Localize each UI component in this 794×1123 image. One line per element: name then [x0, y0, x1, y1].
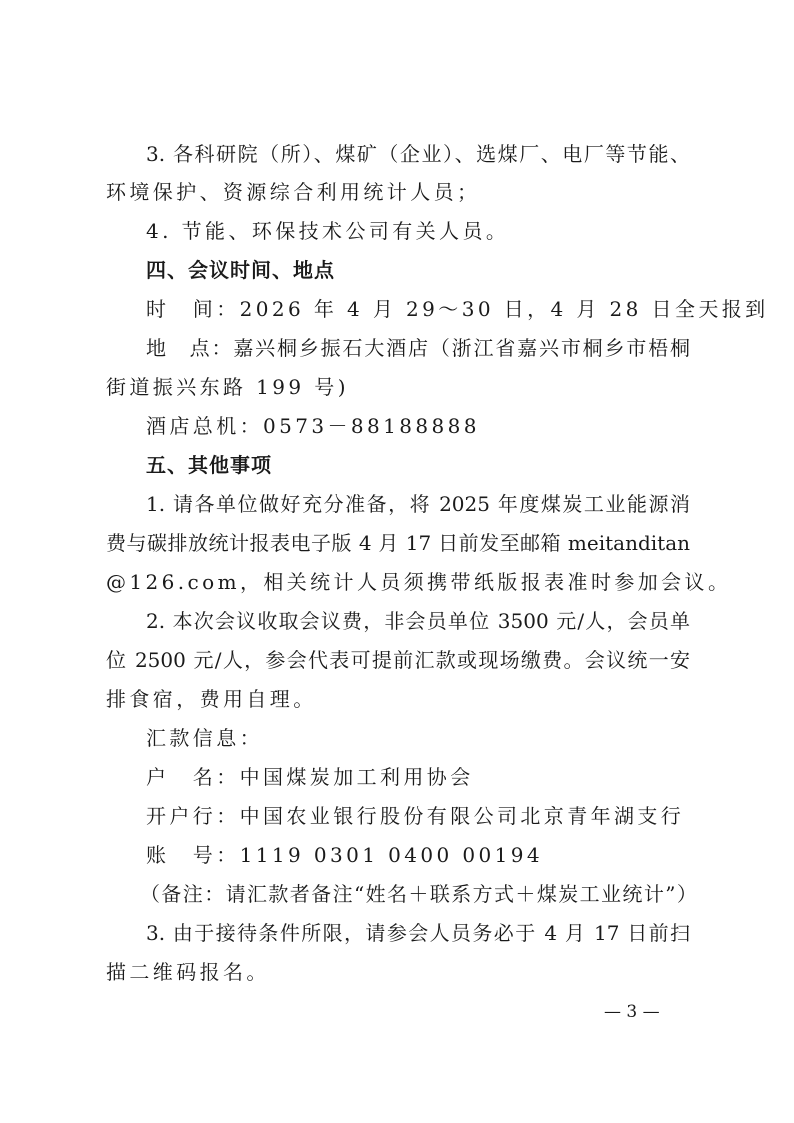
other-item-2-line-2: 位 2500 元/人，参会代表可提前汇款或现场缴费。会议统一安: [106, 645, 690, 675]
other-item-2-line-3: 排食宿，费用自理。: [106, 684, 690, 714]
item-4-line: 4. 节能、环保技术公司有关人员。: [146, 216, 690, 246]
page-number: — 3 —: [604, 1000, 660, 1024]
meeting-location-line-2: 街道振兴东路 199 号): [106, 372, 690, 402]
other-item-3-line-2: 描二维码报名。: [106, 957, 690, 987]
other-item-1-line-1: 1. 请各单位做好充分准备，将 2025 年度煤炭工业能源消: [146, 489, 690, 519]
item-3-line-1: 3. 各科研院（所）、煤矿（企业）、选煤厂、电厂等节能、: [146, 139, 690, 169]
section-heading-time-location: 四、会议时间、地点: [146, 255, 690, 285]
bank-name: 开户行：中国农业银行股份有限公司北京青年湖支行: [146, 801, 690, 831]
document-page: 3. 各科研院（所）、煤矿（企业）、选煤厂、电厂等节能、 环境保护、资源综合利用…: [0, 0, 794, 1123]
hotel-phone: 酒店总机：0573－88188888: [146, 411, 690, 441]
other-item-1-line-3: @126.com，相关统计人员须携带纸版报表准时参加会议。: [106, 567, 690, 597]
item-3-line-2: 环境保护、资源综合利用统计人员；: [106, 177, 690, 207]
account-number: 账 号：1119 0301 0400 00194: [146, 840, 690, 870]
section-heading-other-matters: 五、其他事项: [146, 450, 690, 480]
remittance-remark: （备注：请汇款者备注“姓名＋联系方式＋煤炭工业统计”）: [140, 879, 684, 909]
other-item-1-line-2: 费与碳排放统计报表电子版 4 月 17 日前发至邮箱 meitanditan: [106, 528, 690, 558]
other-item-3-line-1: 3. 由于接待条件所限，请参会人员务必于 4 月 17 日前扫: [146, 918, 690, 948]
meeting-time: 时 间：2026 年 4 月 29～30 日，4 月 28 日全天报到: [146, 294, 690, 324]
account-name: 户 名：中国煤炭加工利用协会: [146, 762, 690, 792]
remittance-info-title: 汇款信息：: [146, 723, 690, 753]
meeting-location-line-1: 地 点：嘉兴桐乡振石大酒店（浙江省嘉兴市桐乡市梧桐: [146, 333, 690, 363]
other-item-2-line-1: 2. 本次会议收取会议费，非会员单位 3500 元/人，会员单: [146, 606, 690, 636]
